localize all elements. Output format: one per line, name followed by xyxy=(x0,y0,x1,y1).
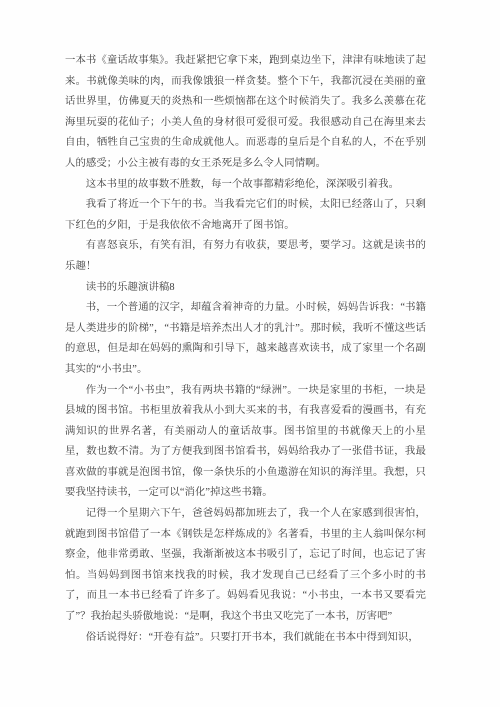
paragraph: 作为一个“小书虫”，我有两块书籍的“绿洲”。一块是家里的书柜，一块是县城的图书馆… xyxy=(65,381,426,505)
document-page: 一本书《童话故事集》。我赶紧把它拿下来，跑到桌边坐下，津津有味地读了起来。书就像… xyxy=(0,0,500,707)
document-content: 一本书《童话故事集》。我赶紧把它拿下来，跑到桌边坐下，津津有味地读了起来。书就像… xyxy=(0,0,500,648)
section-heading: 读书的乐趣演讲稿8 xyxy=(65,278,426,299)
paragraph: 书，一个普通的汉字，却蕴含着神奇的力量。小时候，妈妈告诉我：“书籍是人类进步的阶… xyxy=(65,298,426,380)
paragraph: 一本书《童话故事集》。我赶紧把它拿下来，跑到桌边坐下，津津有味地读了起来。书就像… xyxy=(65,51,426,175)
paragraph: 记得一个星期六下午，爸爸妈妈都加班去了，我一个人在家感到很害怕，就跑到图书馆借了… xyxy=(65,504,426,628)
paragraph: 有喜怒哀乐，有笑有泪，有努力有收获，要思考，要学习。这就是读书的乐趣！ xyxy=(65,236,426,277)
paragraph: 这本书里的故事数不胜数，每一个故事都精彩绝伦，深深吸引着我。 xyxy=(65,175,426,196)
paragraph: 俗话说得好：“开卷有益”。只要打开书本，我们就能在书本中得到知识， xyxy=(65,628,426,649)
paragraph: 我看了将近一个下午的书。当我看完它们的时候，太阳已经落山了，只剩下红色的夕阳，于… xyxy=(65,195,426,236)
